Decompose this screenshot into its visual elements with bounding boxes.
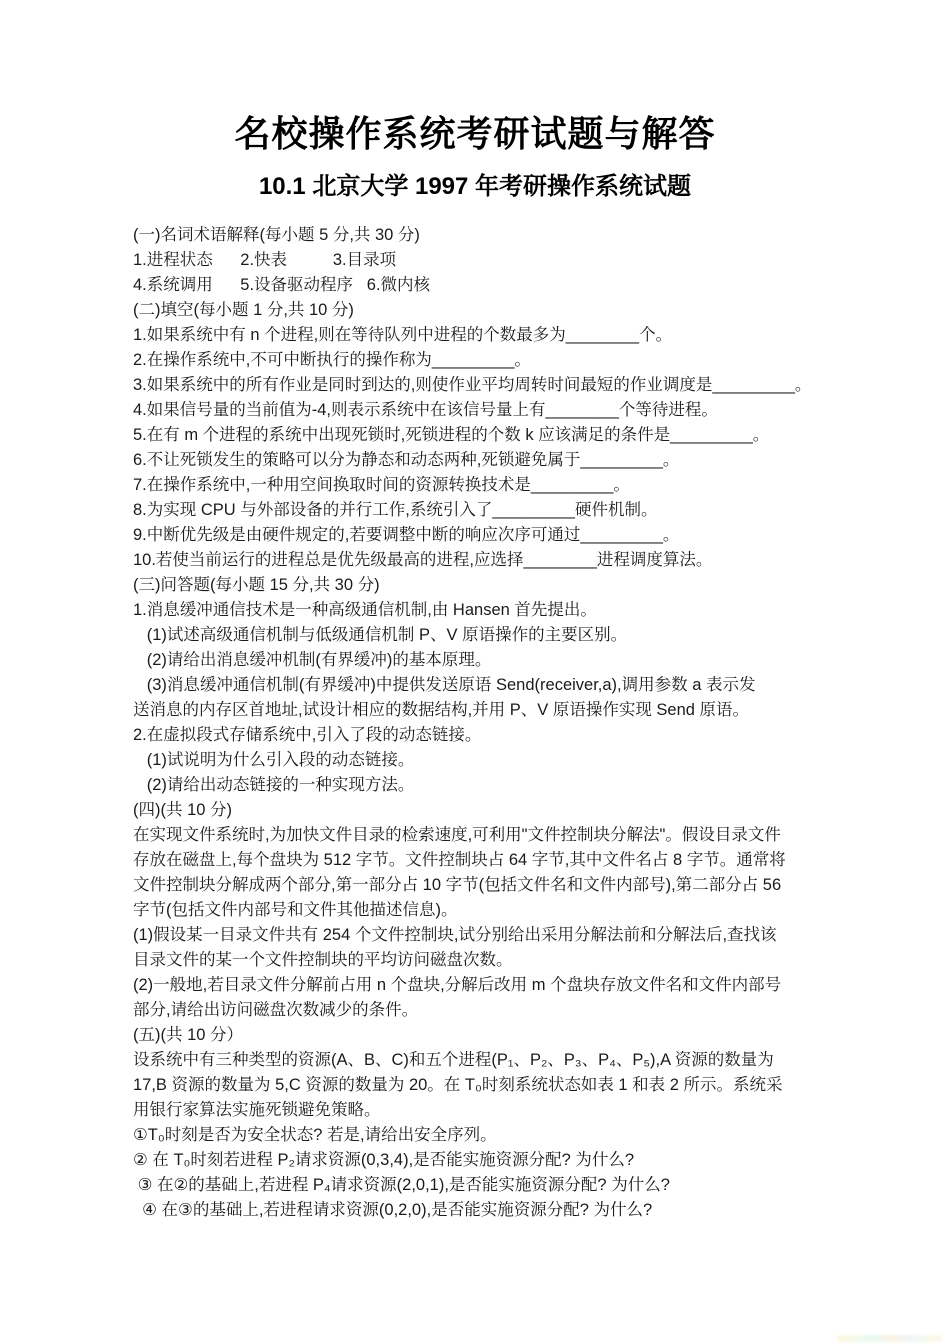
- text-line: (三)问答题(每小题 15 分,共 30 分): [133, 573, 840, 598]
- exam-document-page: 名校操作系统考研试题与解答 10.1 北京大学 1997 年考研操作系统试题 (…: [0, 0, 950, 1344]
- text-line: (一)名词术语解释(每小题 5 分,共 30 分): [133, 223, 840, 248]
- text-line: 10.若使当前运行的进程总是优先级最高的进程,应选择________进程调度算法…: [133, 548, 840, 573]
- text-line: 存放在磁盘上,每个盘块为 512 字节。文件控制块占 64 字节,其中文件名占 …: [133, 848, 840, 873]
- text-line: 1.如果系统中有 n 个进程,则在等待队列中进程的个数最多为________个。: [133, 323, 840, 348]
- text-line: (3)消息缓冲通信机制(有界缓冲)中提供发送原语 Send(receiver,a…: [133, 673, 840, 698]
- text-line: 7.在操作系统中,一种用空间换取时间的资源转换技术是_________。: [133, 473, 840, 498]
- text-line: 字节(包括文件内部号和文件其他描述信息)。: [133, 898, 840, 923]
- text-line: 6.不让死锁发生的策略可以分为静态和动态两种,死锁避免属于_________。: [133, 448, 840, 473]
- text-line: 9.中断优先级是由硬件规定的,若要调整中断的响应次序可通过_________。: [133, 523, 840, 548]
- text-line: 1.进程状态 2.快表 3.目录项: [133, 248, 840, 273]
- text-line: 目录文件的某一个文件控制块的平均访问磁盘次数。: [133, 948, 840, 973]
- watermark: [837, 1335, 942, 1342]
- text-line: (五)(共 10 分）: [133, 1023, 840, 1048]
- text-line: 2.在操作系统中,不可中断执行的操作称为_________。: [133, 348, 840, 373]
- text-line: 5.在有 m 个进程的系统中出现死锁时,死锁进程的个数 k 应该满足的条件是__…: [133, 423, 840, 448]
- text-line: (1)假设某一目录文件共有 254 个文件控制块,试分别给出采用分解法前和分解法…: [133, 923, 840, 948]
- text-line: ④ 在③的基础上,若进程请求资源(0,2,0),是否能实施资源分配? 为什么?: [133, 1198, 840, 1223]
- text-line: 部分,请给出访问磁盘次数减少的条件。: [133, 998, 840, 1023]
- text-line: 送消息的内存区首地址,试设计相应的数据结构,并用 P、V 原语操作实现 Send…: [133, 698, 840, 723]
- text-line: (1)试述高级通信机制与低级通信机制 P、V 原语操作的主要区别。: [133, 623, 840, 648]
- text-line: 4.系统调用 5.设备驱动程序 6.微内核: [133, 273, 840, 298]
- text-line: 在实现文件系统时,为加快文件目录的检索速度,可利用"文件控制块分解法"。假设目录…: [133, 823, 840, 848]
- text-line: 用银行家算法实施死锁避免策略。: [133, 1098, 840, 1123]
- text-line: (二)填空(每小题 1 分,共 10 分): [133, 298, 840, 323]
- text-line: ② 在 T₀时刻若进程 P₂请求资源(0,3,4),是否能实施资源分配? 为什么…: [133, 1148, 840, 1173]
- text-line: 4.如果信号量的当前值为-4,则表示系统中在该信号量上有________个等待进…: [133, 398, 840, 423]
- text-line: 2.在虚拟段式存储系统中,引入了段的动态链接。: [133, 723, 840, 748]
- text-line: 1.消息缓冲通信技术是一种高级通信机制,由 Hansen 首先提出。: [133, 598, 840, 623]
- text-line: (四)(共 10 分): [133, 798, 840, 823]
- text-line: (2)请给出动态链接的一种实现方法。: [133, 773, 840, 798]
- text-line: 17,B 资源的数量为 5,C 资源的数量为 20。在 T₀时刻系统状态如表 1…: [133, 1073, 840, 1098]
- text-line: (2)一般地,若目录文件分解前占用 n 个盘块,分解后改用 m 个盘块存放文件名…: [133, 973, 840, 998]
- text-line: 3.如果系统中的所有作业是同时到达的,则使作业平均周转时间最短的作业调度是___…: [133, 373, 840, 398]
- text-line: (1)试说明为什么引入段的动态链接。: [133, 748, 840, 773]
- document-lines: (一)名词术语解释(每小题 5 分,共 30 分)1.进程状态 2.快表 3.目…: [0, 223, 950, 1223]
- text-line: ①T₀时刻是否为安全状态? 若是,请给出安全序列。: [133, 1123, 840, 1148]
- text-line: (2)请给出消息缓冲机制(有界缓冲)的基本原理。: [133, 648, 840, 673]
- text-line: 设系统中有三种类型的资源(A、B、C)和五个进程(P₁、P₂、P₃、P₄、P₅)…: [133, 1048, 840, 1073]
- page-subtitle: 10.1 北京大学 1997 年考研操作系统试题: [0, 172, 950, 202]
- text-line: 文件控制块分解成两个部分,第一部分占 10 字节(包括文件名和文件内部号),第二…: [133, 873, 840, 898]
- page-title: 名校操作系统考研试题与解答: [0, 0, 950, 156]
- text-line: 8.为实现 CPU 与外部设备的并行工作,系统引入了_________硬件机制。: [133, 498, 840, 523]
- text-line: ③ 在②的基础上,若进程 P₄请求资源(2,0,1),是否能实施资源分配? 为什…: [133, 1173, 840, 1198]
